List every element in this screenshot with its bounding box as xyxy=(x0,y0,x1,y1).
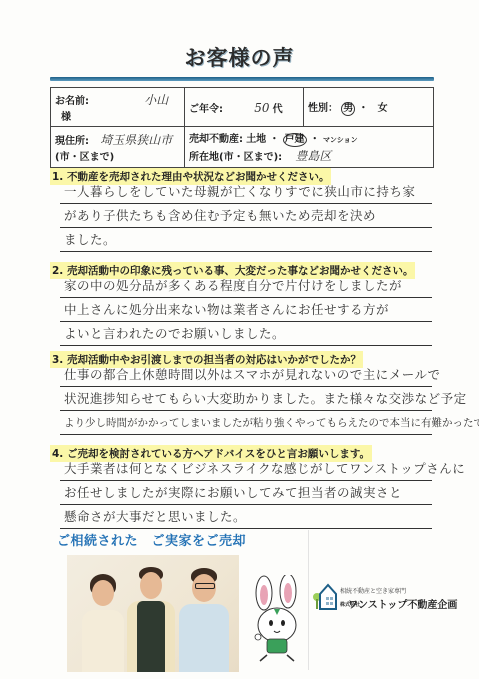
answer-line: 懸命さが大事だと思いました。 xyxy=(60,505,432,529)
answer-line: 大手業者は何となくビジネスライクな感じがしてワンストップさんに xyxy=(60,457,432,481)
address-cell: 現住所: 埼玉県狭山市 (市・区まで) xyxy=(51,127,185,168)
answer-line: お任せしましたが実際にお願いしてみて担当者の誠実さと xyxy=(60,481,432,505)
logo-company-text: ワンストップ不動産企画 xyxy=(348,600,457,611)
divider xyxy=(308,530,309,670)
property-type-label: 売却不動産: xyxy=(189,134,243,145)
age-label: ご年令: xyxy=(189,104,223,115)
name-cell: お名前: 小山 様 xyxy=(51,88,185,127)
person-figure xyxy=(175,568,233,672)
name-value: 小山 xyxy=(144,93,168,107)
name-suffix: 様 xyxy=(61,112,71,123)
answer-line: 中上さんに処分出来ない物は業者さんにお任せする方が xyxy=(60,298,432,322)
answer-line: 仕事の都合上休憩時間以外はスマホが見れないので主にメールで xyxy=(60,363,432,387)
name-label: お名前: xyxy=(55,96,89,107)
location-value: 豊島区 xyxy=(295,149,331,163)
address-label: 現住所: xyxy=(55,136,89,147)
logo-subtitle: 相続不動産と空き家専門 xyxy=(340,586,406,595)
logo-kabushiki: 株式会社 xyxy=(340,603,348,608)
property-land-option: 土地 xyxy=(246,134,266,145)
house-logo-icon xyxy=(312,582,338,610)
address-value: 埼玉県狭山市 xyxy=(100,133,172,147)
person-figure xyxy=(125,567,177,672)
page-title: お客様の声 xyxy=(0,42,479,72)
company-logo: 相続不動産と空き家専門 株式会社ワンストップ不動産企画 xyxy=(312,582,442,622)
answer-line: 一人暮らしをしていた母親が亡くなりすでに狭山市に持ち家 xyxy=(60,180,432,204)
rabbit-mascot-icon xyxy=(250,575,305,665)
age-suffix: 代 xyxy=(273,104,283,115)
answer-line: ました。 xyxy=(60,228,432,252)
property-mansion-option: マンション xyxy=(323,136,358,144)
answer-line: 状況進捗知らせてもらい大変助かりました。また様々な交渉など予定 xyxy=(60,387,432,411)
question-1-answer: 一人暮らしをしていた母親が亡くなりすでに狭山市に持ち家 があり子供たちも含め住む… xyxy=(60,180,432,252)
question-3-answer: 仕事の都合上休憩時間以外はスマホが見れないので主にメールで 状況進捗知らせてもら… xyxy=(60,363,432,435)
title-divider xyxy=(50,77,434,81)
location-label: 所在地(市・区まで): xyxy=(189,152,282,163)
gender-separator: ・ xyxy=(358,103,368,114)
property-cell: 売却不動産: 土地 ・ 戸建 ・ マンション 所在地(市・区まで): 豊島区 xyxy=(185,127,434,168)
answer-line: よいと言われたのでお願いしました。 xyxy=(60,322,432,346)
question-4-answer: 大手業者は何となくビジネスライクな感じがしてワンストップさんに お任せしましたが… xyxy=(60,457,432,529)
property-separator: ・ xyxy=(310,134,320,145)
gender-female-option: 女 xyxy=(378,103,388,114)
answer-line: 家の中の処分品が多くある程度自分で片付けをしましたが xyxy=(60,274,432,298)
customer-photo xyxy=(67,555,239,672)
answer-line: より少し時間がかかってしまいましたが粘り強くやってもらえたので本当に有難かったで… xyxy=(60,411,432,435)
footer-caption: ご相続された ご実家をご売却 xyxy=(57,530,246,549)
property-house-option-selected: 戸建 xyxy=(283,133,307,147)
age-value: 50 xyxy=(254,101,269,115)
person-figure xyxy=(77,572,127,672)
gender-label: 性別： xyxy=(308,103,338,114)
question-2-answer: 家の中の処分品が多くある程度自分で片付けをしましたが 中上さんに処分出来ない物は… xyxy=(60,274,432,346)
logo-company-name: 株式会社ワンストップ不動産企画 xyxy=(340,596,457,611)
customer-info-table: お名前: 小山 様 ご年令: 50 代 性別： 男 ・ 女 現住所: 埼玉県狭山… xyxy=(50,87,434,168)
answer-line: があり子供たちも含め住む予定も無いため売却を決め xyxy=(60,204,432,228)
gender-cell: 性別： 男 ・ 女 xyxy=(304,88,434,127)
address-sublabel: (市・区まで) xyxy=(55,148,180,163)
property-separator: ・ xyxy=(269,134,279,145)
age-cell: ご年令: 50 代 xyxy=(185,88,304,127)
gender-male-option-selected: 男 xyxy=(341,102,355,116)
